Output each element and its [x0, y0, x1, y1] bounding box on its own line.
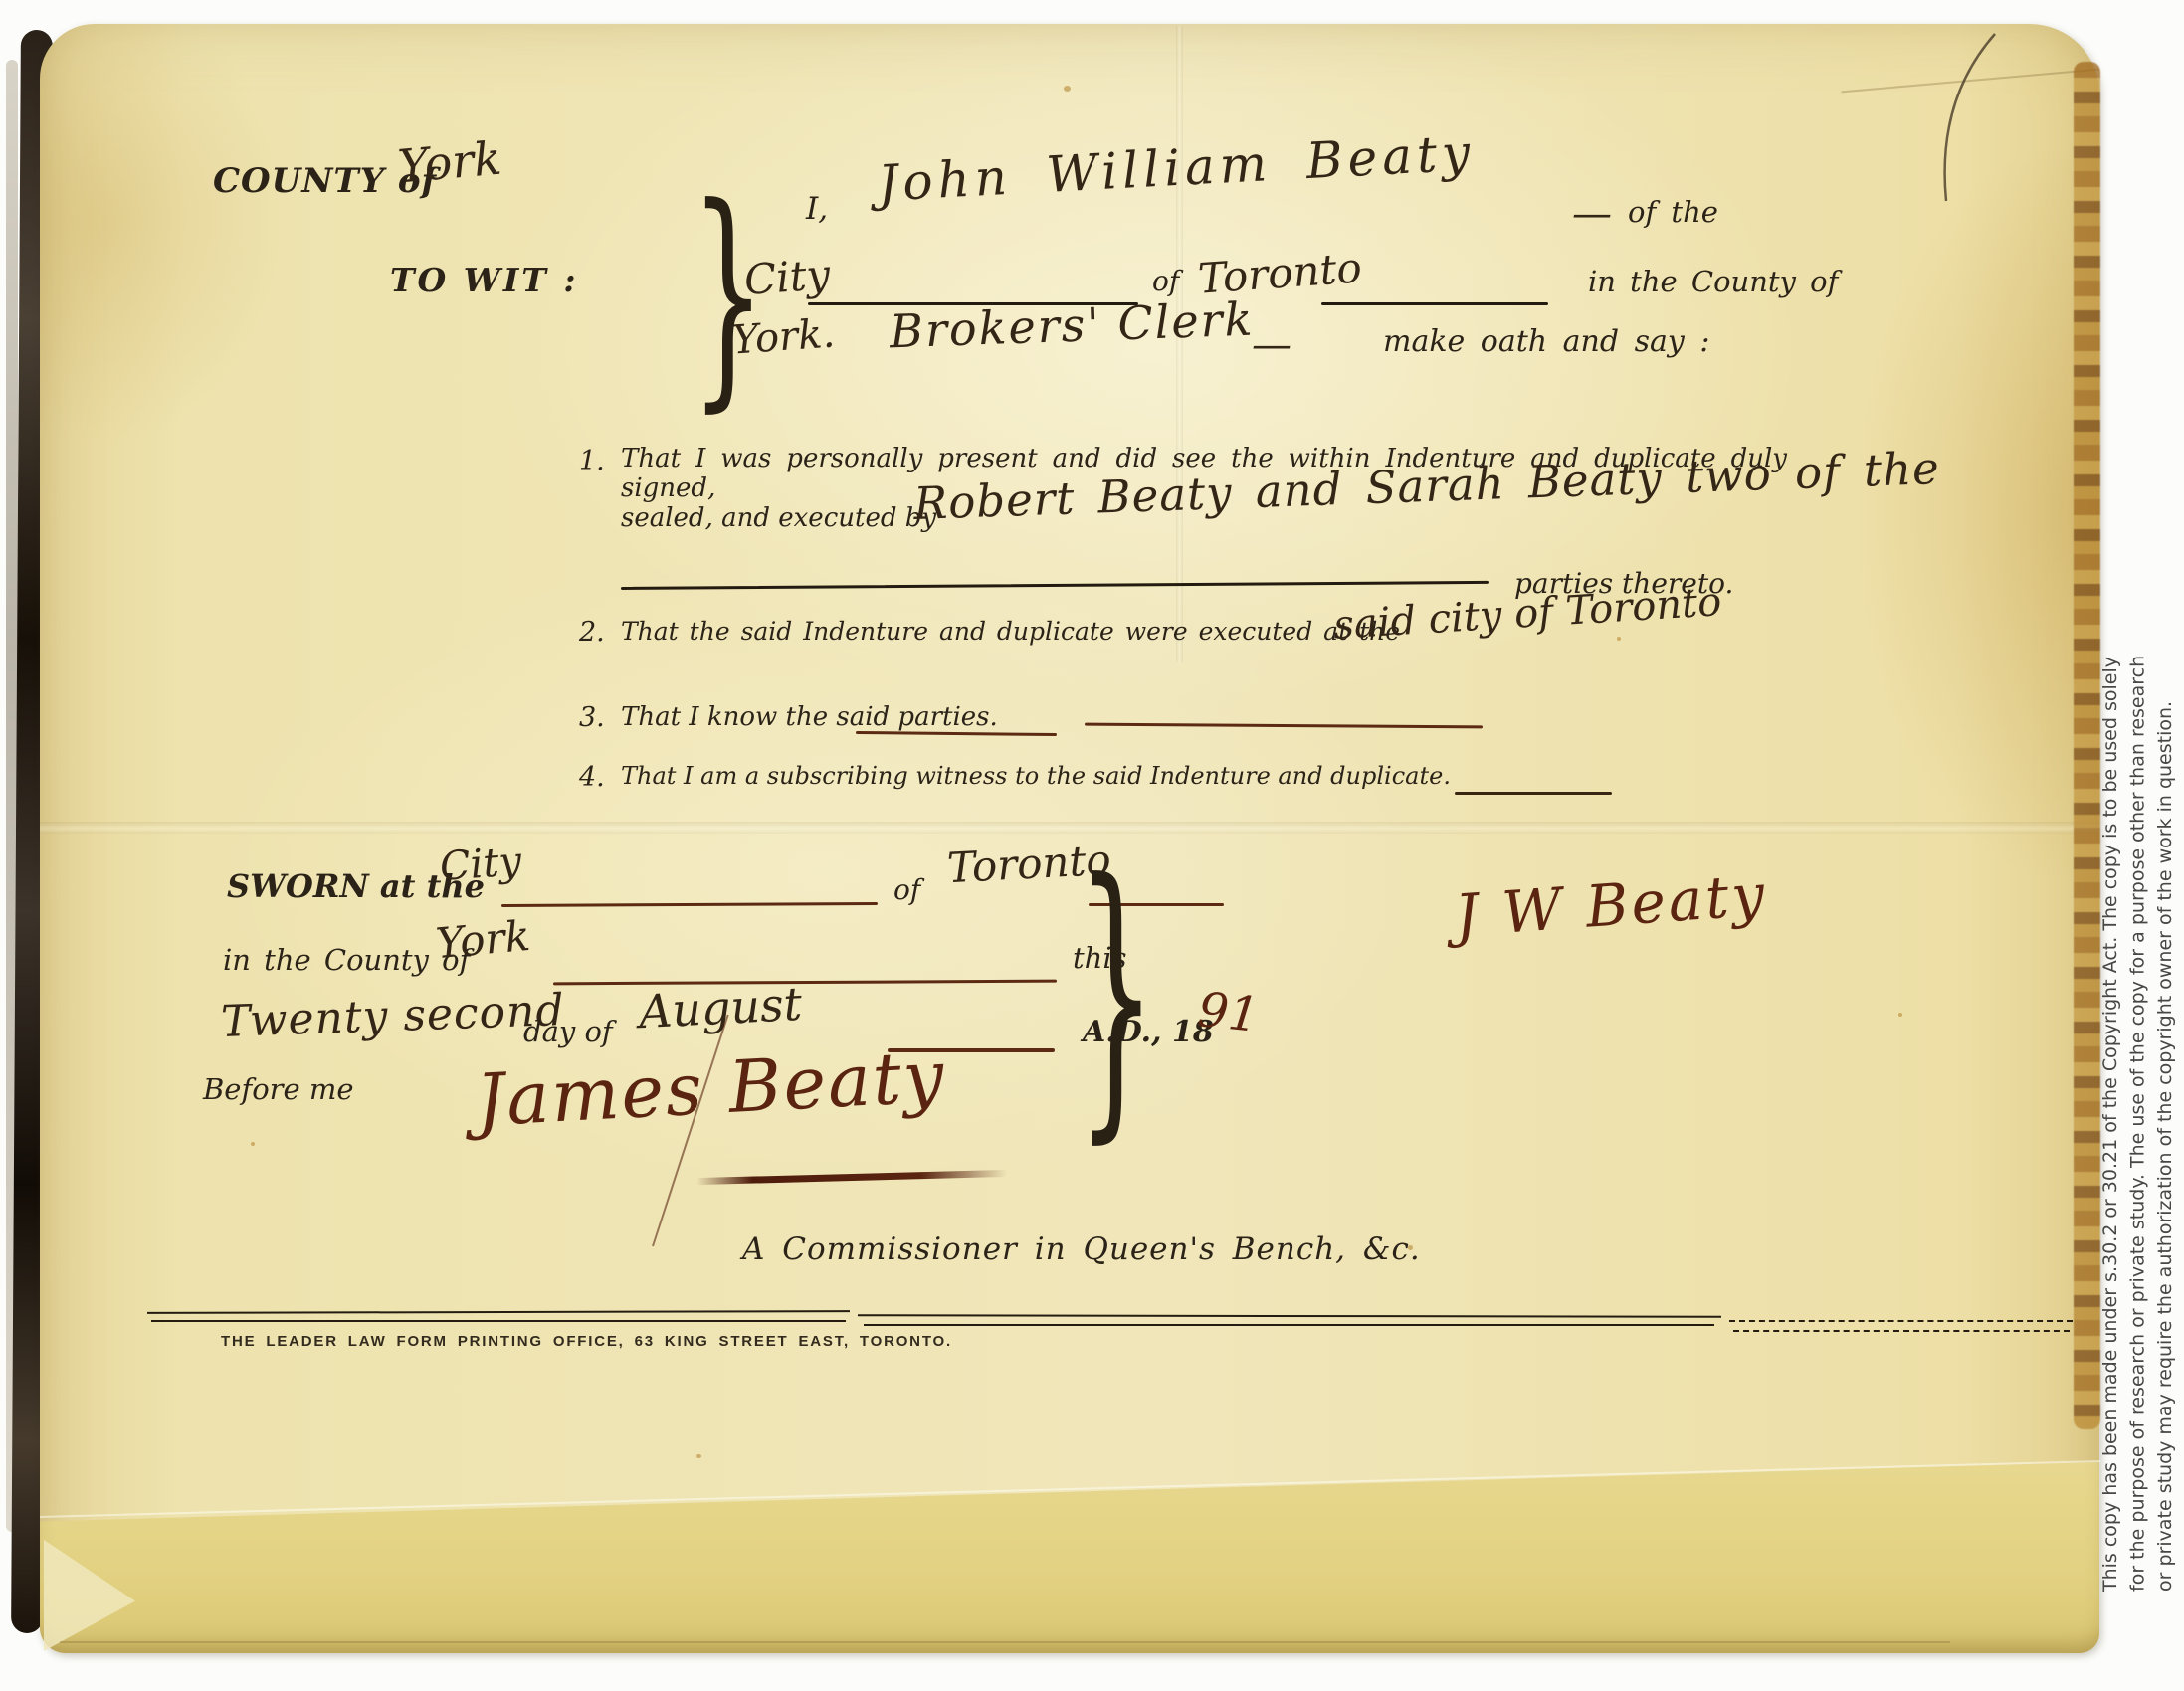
of-label: of [1152, 265, 1179, 297]
jurat-in-county-label: in the County of [223, 943, 470, 977]
before-me-label: Before me [203, 1072, 354, 1106]
blank-rule [1321, 302, 1548, 305]
pen-stray-mark [1910, 28, 2030, 212]
i-label: I, [806, 191, 828, 227]
stain [251, 1142, 255, 1146]
oath-label: make oath and say : [1383, 324, 1709, 359]
footer-rule [864, 1324, 1714, 1326]
copyright-notice-strip: This copy has been made under s.30.2 or … [2097, 44, 2183, 1592]
dash-after-name: — [1572, 191, 1612, 237]
copyright-line: for the purpose of research or private s… [2125, 44, 2153, 1592]
county-value-handwritten: York [396, 131, 503, 194]
clause4-number: 4. [579, 762, 605, 793]
copyright-line: This copy has been made under s.30.2 or … [2097, 44, 2125, 1592]
copyright-line: or private study may require the authori… [2152, 44, 2180, 1592]
jurat-place-word-handwritten: City [438, 839, 522, 890]
stain [696, 1454, 701, 1458]
clause1-line2: sealed, and executed by [621, 503, 936, 533]
day-of-label: day of [523, 1015, 613, 1048]
clause2-number: 2. [579, 617, 605, 648]
month-handwritten: August [638, 977, 804, 1039]
scanned-document: COUNTY of York TO WIT : } I, John Willia… [0, 0, 2184, 1691]
stain [1617, 637, 1621, 641]
clause3-text: That I know the said parties. [621, 702, 998, 732]
jurat-brace: } [1077, 847, 1156, 1141]
year-handwritten: 91 [1195, 982, 1262, 1043]
clause3-number: 3. [579, 702, 605, 733]
of-the-label: of the [1628, 195, 1718, 229]
stain [1064, 86, 1071, 92]
in-county-label: in the County of [1588, 265, 1838, 298]
torn-page-edge [2074, 62, 2100, 1429]
commissioner-title: A Commissioner in Queen's Bench, &c. [742, 1231, 1421, 1267]
place-word-handwritten: City [742, 250, 831, 304]
printer-imprint: THE LEADER LAW FORM PRINTING OFFICE, 63 … [221, 1333, 952, 1350]
pen-stroke-rule [1455, 792, 1612, 795]
footer-rule [1729, 1320, 2073, 1322]
clause1-number: 1. [579, 446, 605, 476]
to-wit-label: TO WIT : [390, 261, 579, 299]
horizontal-fold-crease [40, 822, 2099, 834]
county-name-handwritten: York. [731, 310, 837, 363]
dash-after-occupation: — [1252, 322, 1291, 368]
footer-rule [1733, 1330, 2070, 1332]
clause2-text: That the said Indenture and duplicate we… [621, 617, 1400, 646]
stain [1898, 1013, 1902, 1017]
jurat-of-label: of [893, 873, 920, 906]
clause4-text: That I am a subscribing witness to the s… [621, 762, 1451, 790]
footer-rule [151, 1320, 846, 1322]
jurat-county-handwritten: York [434, 911, 532, 968]
paper-edge-streak [60, 1641, 1950, 1643]
